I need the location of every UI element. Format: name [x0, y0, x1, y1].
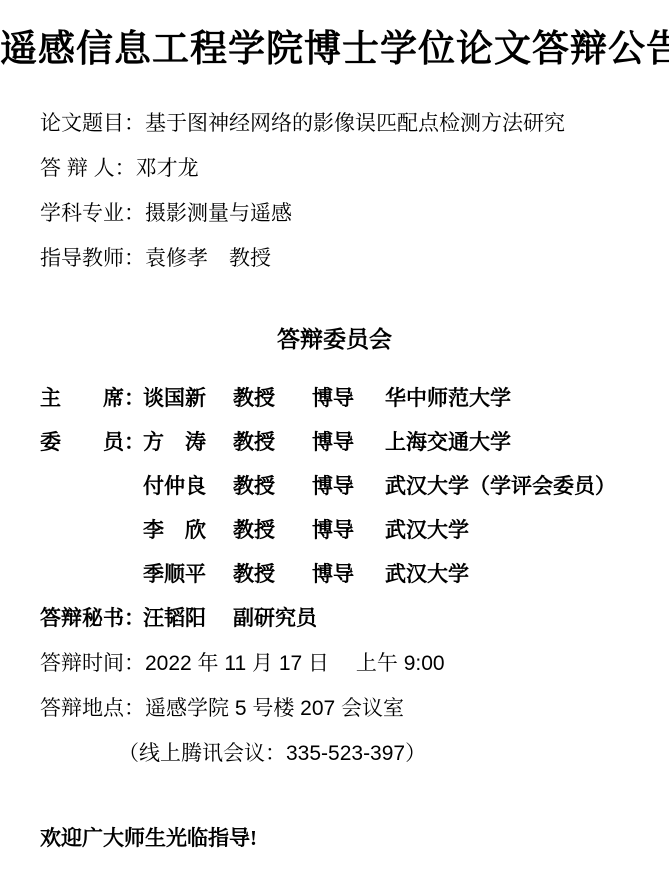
- committee-member-name: 季顺平: [143, 558, 233, 588]
- committee-member-name: 李 欣: [143, 514, 233, 544]
- online-meeting-row: （线上腾讯会议：335-523-397）: [40, 729, 669, 774]
- discipline-row: 学科专业：摄影测量与遥感: [40, 189, 669, 234]
- committee-row-member: 委 员：方 涛教授博导上海交通大学: [40, 419, 669, 463]
- schedule-section: 答辩时间：2022 年 11 月 17 日 上午 9:00 答辩地点：遥感学院 …: [0, 639, 669, 774]
- discipline-value: 摄影测量与遥感: [145, 197, 292, 227]
- defender-value: 邓才龙: [136, 152, 199, 182]
- committee-member-name: 方 涛: [143, 426, 233, 456]
- defender-label: 答 辩 人：: [40, 152, 136, 182]
- thesis-title-row: 论文题目：基于图神经网络的影像误匹配点检测方法研究: [40, 99, 669, 144]
- committee-member-title: 教授: [233, 426, 312, 456]
- committee-row-member: 季顺平教授博导武汉大学: [40, 551, 669, 595]
- committee-member-affiliation: 武汉大学: [385, 558, 469, 588]
- advisor-row: 指导教师：袁修孝 教授: [40, 234, 669, 279]
- advisor-value: 袁修孝 教授: [145, 242, 271, 272]
- committee-row-chairman: 主 席：谈国新教授博导华中师范大学: [40, 375, 669, 419]
- defense-place-value: 遥感学院 5 号楼 207 会议室: [145, 692, 404, 722]
- secretary-name: 汪韬阳: [143, 602, 233, 632]
- thesis-title-value: 基于图神经网络的影像误匹配点检测方法研究: [145, 107, 565, 137]
- defense-time-value: 2022 年 11 月 17 日 上午 9:00: [145, 647, 445, 677]
- committee-member-affiliation: 武汉大学（学评会委员）: [385, 470, 616, 500]
- committee-table: 主 席：谈国新教授博导华中师范大学 委 员：方 涛教授博导上海交通大学 付仲良教…: [0, 375, 669, 595]
- secretary-title: 副研究员: [233, 602, 317, 632]
- committee-member-name: 谈国新: [143, 382, 233, 412]
- committee-member-name: 付仲良: [143, 470, 233, 500]
- committee-member-title: 教授: [233, 558, 312, 588]
- committee-member-affiliation: 武汉大学: [385, 514, 469, 544]
- committee-row-member: 李 欣教授博导武汉大学: [40, 507, 669, 551]
- committee-member-supervisor: 博导: [312, 558, 385, 588]
- thesis-info-section: 论文题目：基于图神经网络的影像误匹配点检测方法研究 答 辩 人：邓才龙 学科专业…: [0, 99, 669, 279]
- defense-place-label: 答辩地点：: [40, 692, 145, 722]
- defense-time-row: 答辩时间：2022 年 11 月 17 日 上午 9:00: [40, 639, 669, 684]
- defender-row: 答 辩 人：邓才龙: [40, 144, 669, 189]
- committee-member-title: 教授: [233, 514, 312, 544]
- online-meeting-info: （线上腾讯会议：335-523-397）: [118, 737, 426, 767]
- committee-member-title: 教授: [233, 470, 312, 500]
- committee-member-affiliation: 华中师范大学: [385, 382, 511, 412]
- page-title: 遥感信息工程学院博士学位论文答辩公告: [0, 22, 669, 78]
- thesis-title-label: 论文题目：: [40, 107, 145, 137]
- committee-member-supervisor: 博导: [312, 514, 385, 544]
- defense-time-label: 答辩时间：: [40, 647, 145, 677]
- secretary-row: 答辩秘书：汪韬阳副研究员: [0, 595, 669, 639]
- committee-member-affiliation: 上海交通大学: [385, 426, 511, 456]
- defense-place-row: 答辩地点：遥感学院 5 号楼 207 会议室: [40, 684, 669, 729]
- committee-heading: 答辩委员会: [0, 317, 669, 362]
- advisor-label: 指导教师：: [40, 242, 145, 272]
- committee-member-supervisor: 博导: [312, 426, 385, 456]
- secretary-label: 答辩秘书：: [40, 602, 143, 632]
- welcome-message: 欢迎广大师生光临指导!: [0, 816, 669, 861]
- defense-announcement-document: 遥感信息工程学院博士学位论文答辩公告 论文题目：基于图神经网络的影像误匹配点检测…: [0, 0, 669, 876]
- committee-row-member: 付仲良教授博导武汉大学（学评会委员）: [40, 463, 669, 507]
- committee-member-supervisor: 博导: [312, 470, 385, 500]
- committee-member-title: 教授: [233, 382, 312, 412]
- committee-member-supervisor: 博导: [312, 382, 385, 412]
- committee-role: 委 员：: [40, 426, 143, 456]
- committee-role: 主 席：: [40, 382, 143, 412]
- discipline-label: 学科专业：: [40, 197, 145, 227]
